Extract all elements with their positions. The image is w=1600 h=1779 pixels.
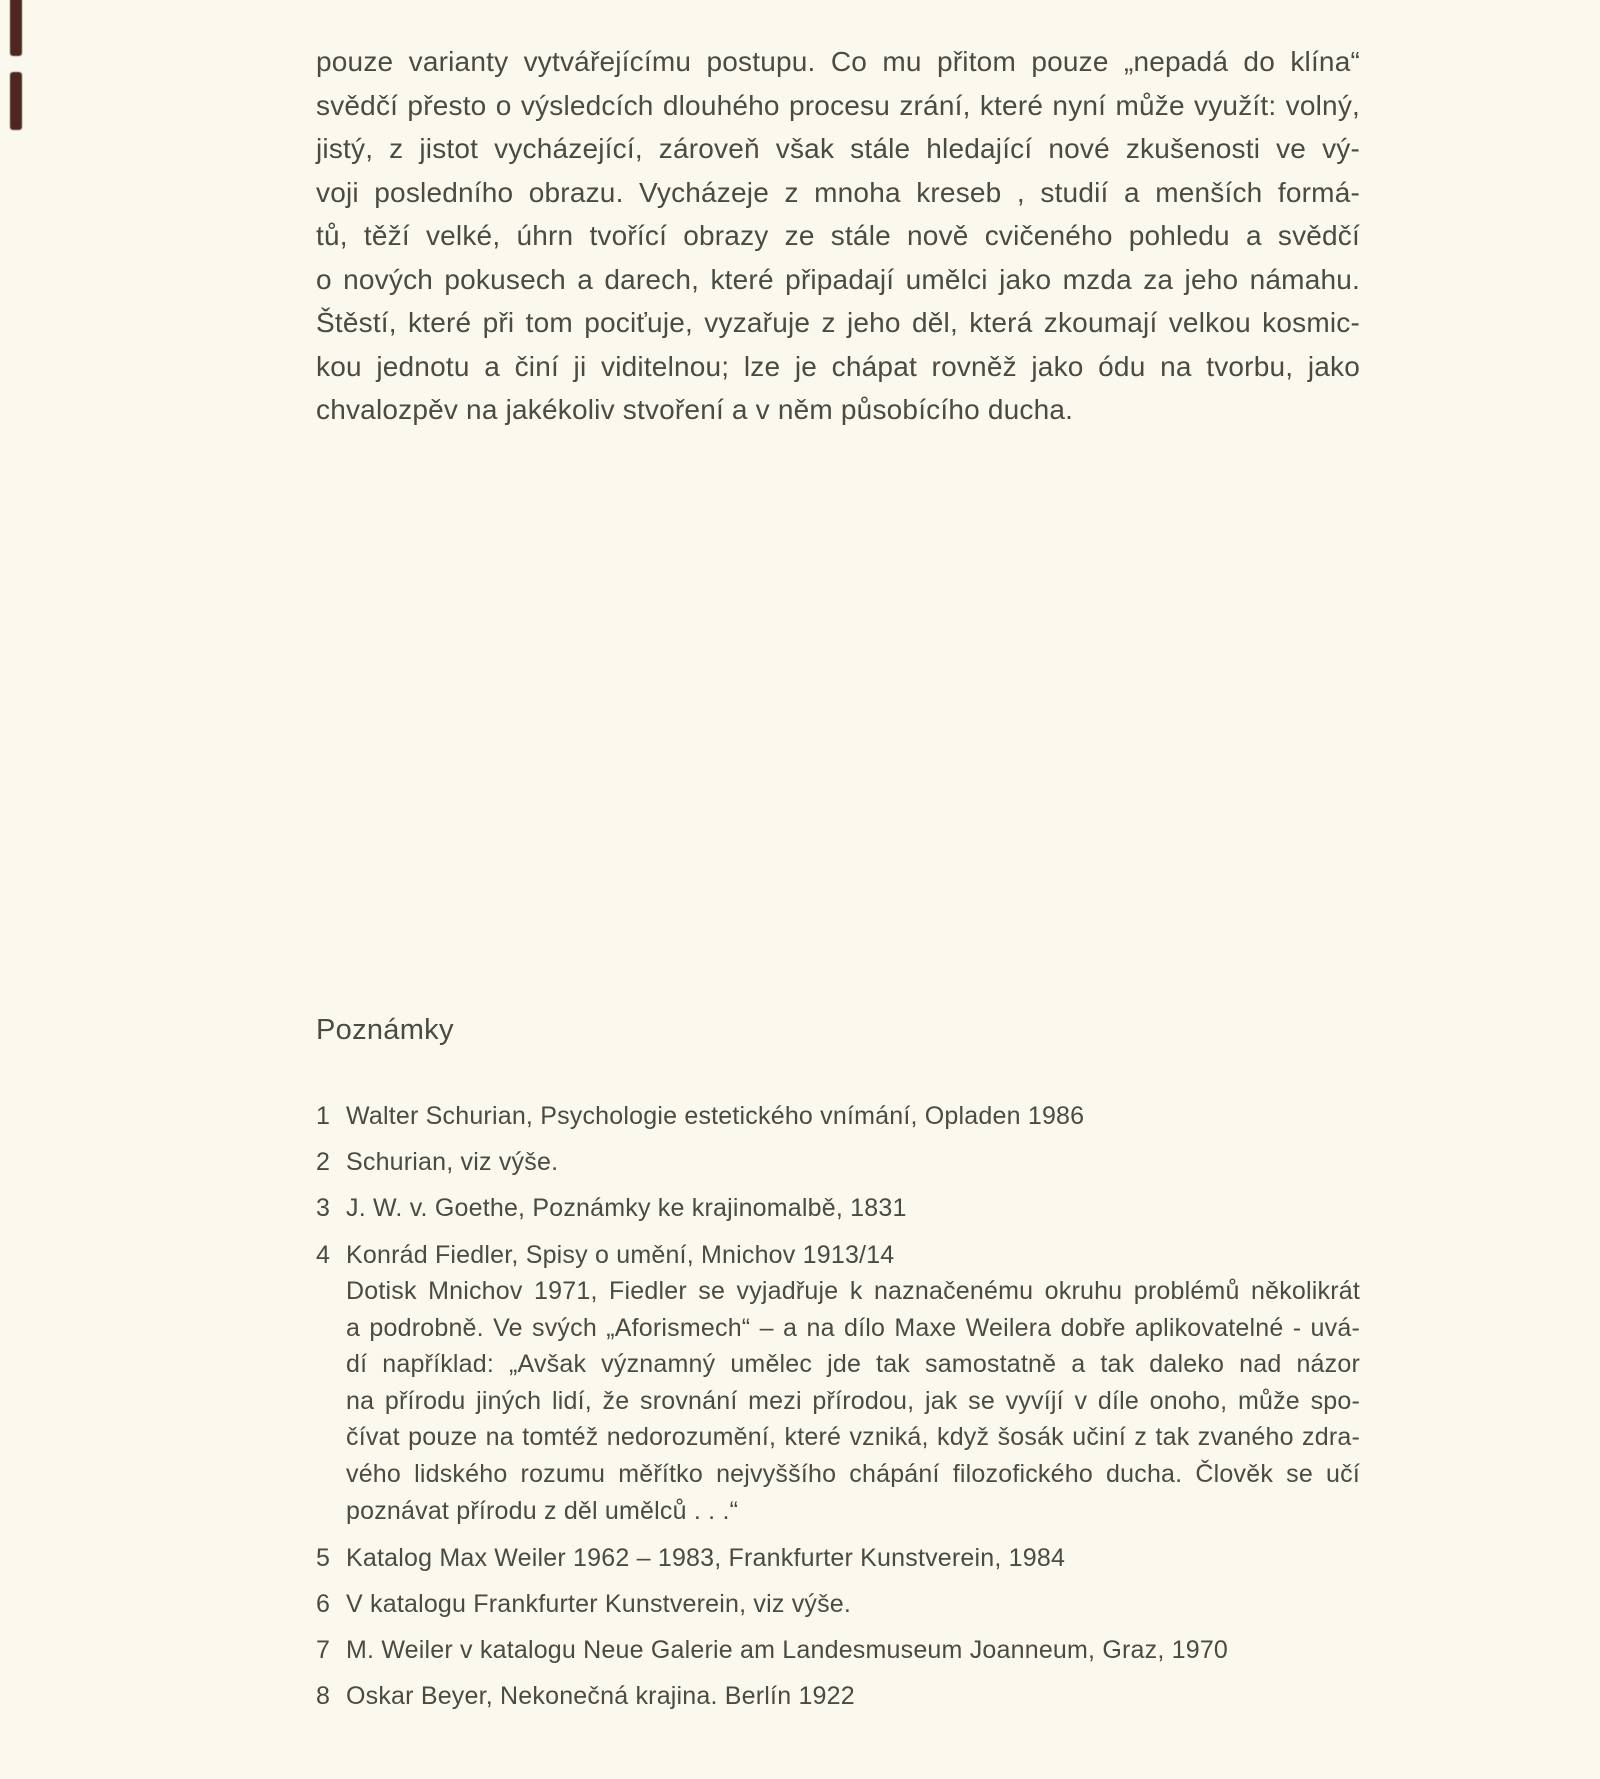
note-line: na přírodu jiných lidí, že srovnání mezi… [346, 1383, 1360, 1420]
note-text: Oskar Beyer, Nekonečná krajina. Berlín 1… [346, 1679, 1360, 1713]
text-column: pouze varianty vytvářejícímu postupu. Co… [316, 0, 1360, 1725]
paragraph-line: jistý, z jistot vycházející, zároveň vša… [316, 127, 1360, 171]
note-item: 7M. Weiler v katalogu Neue Galerie am La… [316, 1633, 1360, 1667]
note-item: 3J. W. v. Goethe, Poznámky ke krajinomal… [316, 1191, 1360, 1225]
note-text: M. Weiler v katalogu Neue Galerie am Lan… [346, 1633, 1360, 1667]
note-number: 2 [316, 1145, 346, 1179]
note-number: 4 [316, 1237, 346, 1530]
note-number: 7 [316, 1633, 346, 1667]
note-line: Katalog Max Weiler 1962 – 1983, Frankfur… [346, 1541, 1360, 1575]
note-item: 2Schurian, viz výše. [316, 1145, 1360, 1179]
note-item: 1Walter Schurian, Psychologie estetickéh… [316, 1099, 1360, 1133]
note-text: Walter Schurian, Psychologie estetického… [346, 1099, 1360, 1133]
note-item: 4Konrád Fiedler, Spisy o umění, Mnichov … [316, 1237, 1360, 1530]
note-line: Walter Schurian, Psychologie estetického… [346, 1099, 1360, 1133]
paragraph-line: chvalozpěv na jakékoliv stvoření a v něm… [316, 388, 1360, 432]
paragraph: pouze varianty vytvářejícímu postupu. Co… [316, 40, 1360, 432]
note-number: 6 [316, 1587, 346, 1621]
note-text: J. W. v. Goethe, Poznámky ke krajinomalb… [346, 1191, 1360, 1225]
note-line: Schurian, viz výše. [346, 1145, 1360, 1179]
note-text: Konrád Fiedler, Spisy o umění, Mnichov 1… [346, 1237, 1360, 1530]
note-line: dí například: „Avšak významný umělec jde… [346, 1346, 1360, 1383]
notes-heading: Poznámky [316, 1012, 1360, 1048]
note-line: Dotisk Mnichov 1971, Fiedler se vyjadřuj… [346, 1273, 1360, 1310]
note-item: 5Katalog Max Weiler 1962 – 1983, Frankfu… [316, 1541, 1360, 1575]
book-page: pouze varianty vytvářejícímu postupu. Co… [0, 0, 1600, 1779]
note-text: Schurian, viz výše. [346, 1145, 1360, 1179]
paragraph-line: pouze varianty vytvářejícímu postupu. Co… [316, 40, 1360, 84]
note-text: V katalogu Frankfurter Kunstverein, viz … [346, 1587, 1360, 1621]
note-number: 8 [316, 1679, 346, 1713]
note-line: čívat pouze na tomtéž nedorozumění, kter… [346, 1419, 1360, 1456]
note-number: 1 [316, 1099, 346, 1133]
note-number: 3 [316, 1191, 346, 1225]
paragraph-line: kou jednotu a činí ji viditelnou; lze je… [316, 345, 1360, 389]
note-line: J. W. v. Goethe, Poznámky ke krajinomalb… [346, 1191, 1360, 1225]
note-line: M. Weiler v katalogu Neue Galerie am Lan… [346, 1633, 1360, 1667]
scan-edge-artifact [10, 0, 22, 56]
notes-list: 1Walter Schurian, Psychologie estetickéh… [316, 1099, 1360, 1714]
scan-edge-artifact [10, 72, 22, 130]
note-item: 8Oskar Beyer, Nekonečná krajina. Berlín … [316, 1679, 1360, 1713]
note-number: 5 [316, 1541, 346, 1575]
note-line: poznávat přírodu z děl umělců . . .“ [346, 1493, 1360, 1530]
note-line: V katalogu Frankfurter Kunstverein, viz … [346, 1587, 1360, 1621]
note-line: vého lidského rozumu měřítko nejvyššího … [346, 1456, 1360, 1493]
paragraph-line: o nových pokusech a darech, které připad… [316, 258, 1360, 302]
note-line: a podrobně. Ve svých „Aforismech“ – a na… [346, 1310, 1360, 1347]
note-text: Katalog Max Weiler 1962 – 1983, Frankfur… [346, 1541, 1360, 1575]
paragraph-line: tů, těží velké, úhrn tvořící obrazy ze s… [316, 214, 1360, 258]
note-item: 6V katalogu Frankfurter Kunstverein, viz… [316, 1587, 1360, 1621]
paragraph-line: svědčí přesto o výsledcích dlouhého proc… [316, 84, 1360, 128]
note-line: Konrád Fiedler, Spisy o umění, Mnichov 1… [346, 1237, 1360, 1274]
paragraph-line: Štěstí, které při tom pociťuje, vyzařuje… [316, 301, 1360, 345]
paragraph-line: voji posledního obrazu. Vycházeje z mnoh… [316, 171, 1360, 215]
note-line: Oskar Beyer, Nekonečná krajina. Berlín 1… [346, 1679, 1360, 1713]
